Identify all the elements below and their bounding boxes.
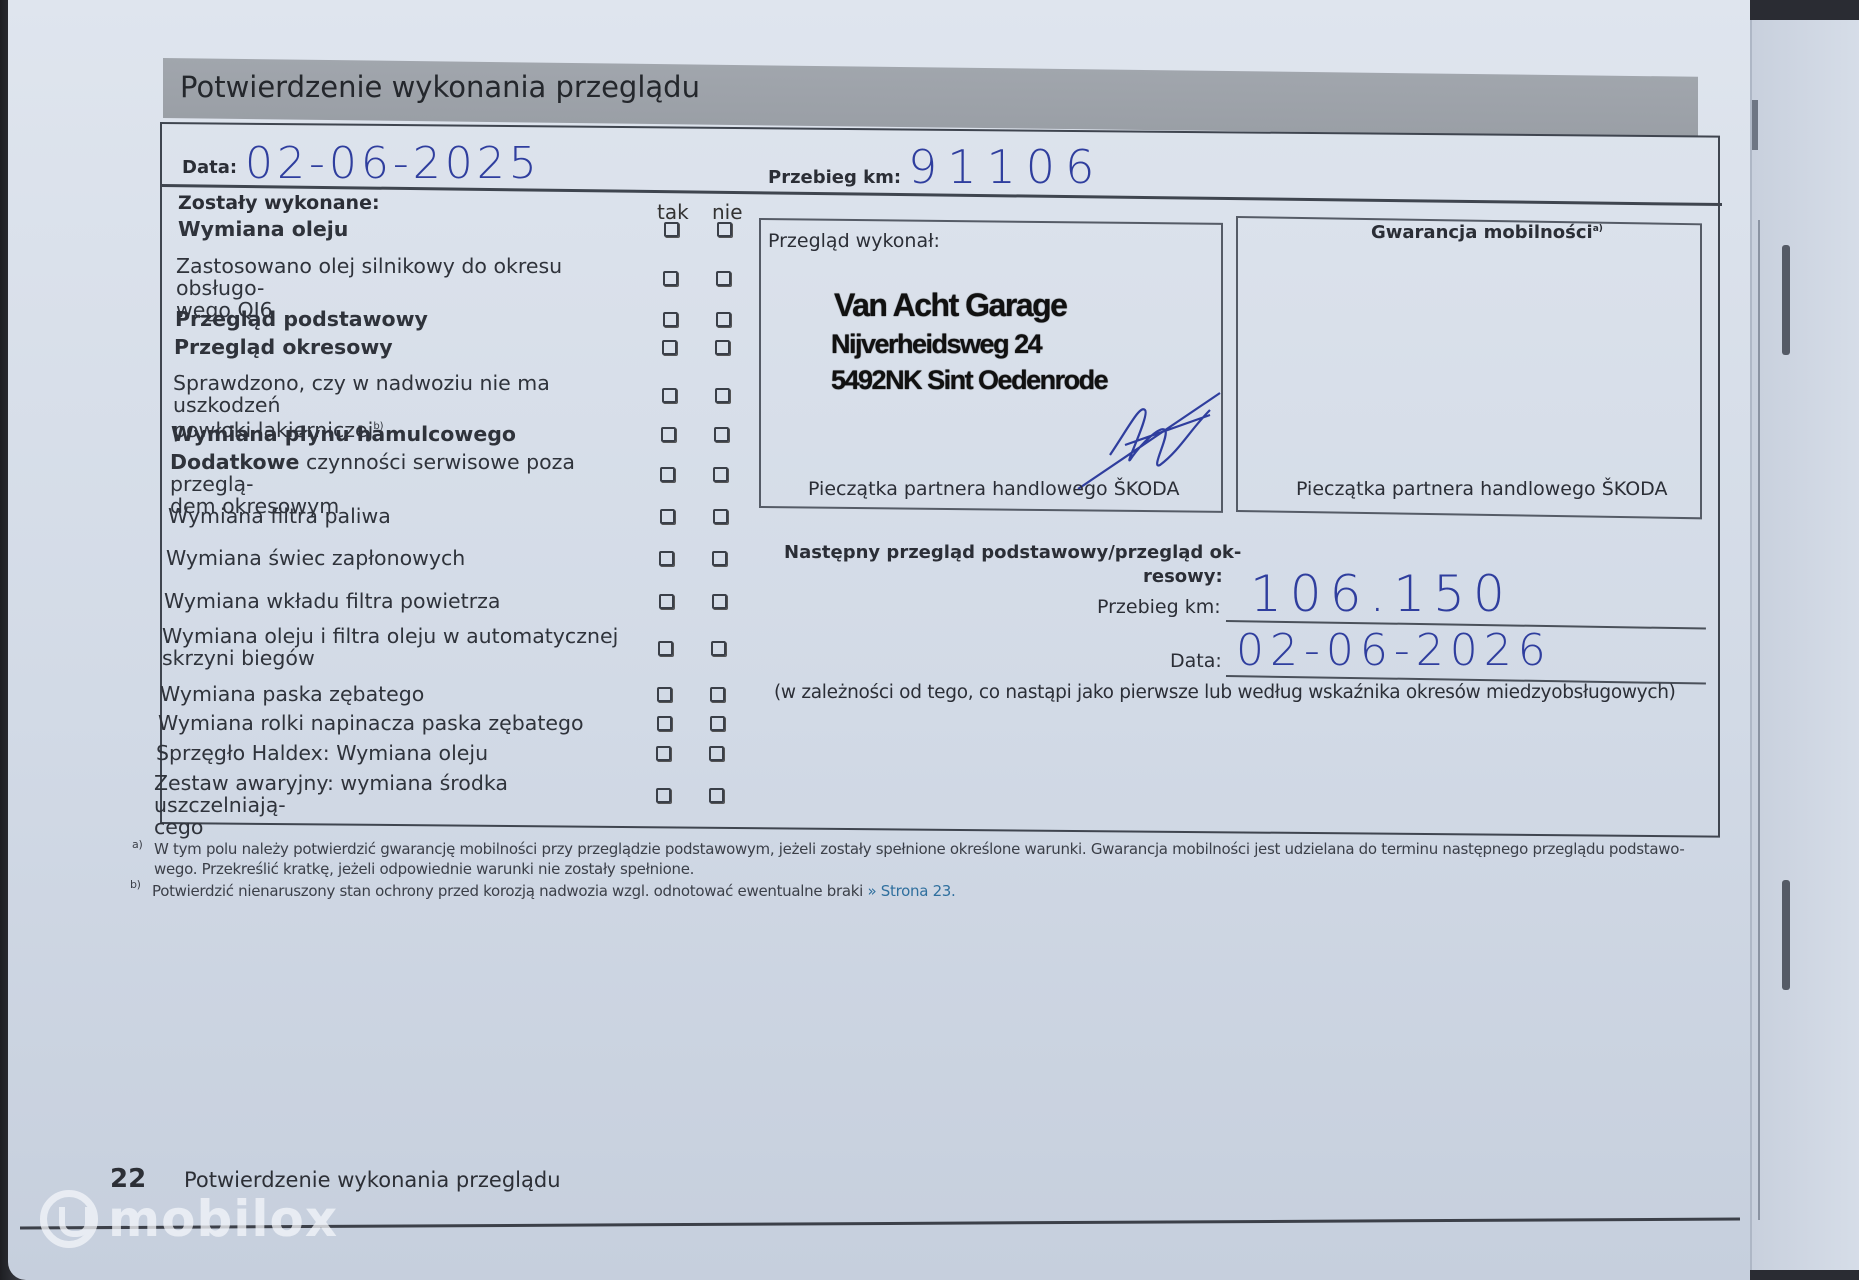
checkbox-no[interactable] [710,687,725,702]
checkbox-yes[interactable] [658,641,673,656]
footnote-b-marker: b) [130,878,141,891]
checkbox-no[interactable] [712,594,727,609]
checklist-item: Wymiana paska zębatego [160,683,620,705]
watermark: mobilox [40,1190,338,1248]
mobility-guarantee-box [1236,216,1702,519]
next-service-note: (w zależności od tego, co nastąpi jako p… [774,682,1676,703]
next-mileage-value[interactable]: 106.150 [1250,565,1513,623]
next-page-edge [1750,20,1859,1270]
next-date-label: Data: [1170,650,1222,672]
checklist-item: Zestaw awaryjny: wymiana środka uszczeln… [154,772,614,838]
checkbox-no[interactable] [713,509,728,524]
checklist-item: Wymiana oleju i filtra oleju w automatyc… [162,625,622,669]
checkbox-yes[interactable] [657,687,672,702]
checkbox-no[interactable] [715,340,730,355]
checkbox-no[interactable] [714,427,729,442]
checkbox-no[interactable] [713,467,728,482]
checklist-item: Przegląd podstawowy [175,308,635,330]
column-yes: tak [657,200,689,224]
checkbox-yes[interactable] [661,427,676,442]
checklist-item: Wymiana wkładu filtra powietrza [164,590,624,612]
checkbox-no[interactable] [716,312,731,327]
checkbox-yes[interactable] [664,222,679,237]
checkbox-no[interactable] [715,388,730,403]
performed-by-label: Przegląd wykonał: [768,230,940,252]
page-title: Potwierdzenie wykonania przeglądu [180,70,700,104]
checkbox-no[interactable] [711,641,726,656]
checklist-item: Wymiana świec zapłonowych [166,547,626,569]
checkbox-no[interactable] [716,271,731,286]
performed-by-caption: Pieczątka partnera handlowego ŠKODA [808,478,1179,500]
watermark-text: mobilox [108,1190,338,1248]
column-no: nie [712,200,743,224]
service-mileage-label: Przebieg km: [768,167,901,188]
checklist-item: Sprzęgło Haldex: Wymiana oleju [156,742,616,764]
binding-clip [1782,880,1790,990]
next-date-value[interactable]: 02-06-2026 [1236,625,1552,676]
checkbox-yes[interactable] [659,594,674,609]
checklist-item: Wymiana rolki napinacza paska zębatego [158,712,618,734]
checklist-item: Wymiana filtra paliwa [168,505,628,527]
binding-clip [1782,245,1790,355]
service-date-label: Data: [182,157,237,178]
service-date-value[interactable]: 02-06-2025 [245,138,541,189]
next-service-heading-cont: resowy: [1143,566,1223,587]
checkbox-no[interactable] [709,788,724,803]
stamp-line-name: Van Acht Garage [834,287,1066,324]
checkbox-yes[interactable] [656,746,671,761]
footnote-a-marker: a) [132,838,142,851]
checkbox-yes[interactable] [656,788,671,803]
service-mileage-value[interactable]: 91106 [908,140,1104,194]
checkbox-no[interactable] [710,716,725,731]
stamp-line-street: Nijverheidsweg 24 [831,329,1041,360]
checklist-item: Wymiana oleju [178,218,638,240]
checklist-item: Przegląd okresowy [174,336,634,358]
mobility-guarantee-title: Gwarancja mobilnościa) [1371,222,1603,243]
checklist-heading: Zostały wykonane: [178,192,380,214]
footnote-a-line1: W tym polu należy potwierdzić gwarancję … [154,840,1684,858]
checkbox-yes[interactable] [663,312,678,327]
footnote-a-line2: wego. Przekreślić kratkę, jeżeli odpowie… [154,860,694,878]
checkbox-yes[interactable] [662,340,677,355]
next-mileage-label: Przebieg km: [1097,596,1221,618]
stamp-line-city: 5492NK Sint Oedenrode [831,365,1107,396]
checkbox-yes[interactable] [662,388,677,403]
mobilox-logo-icon [40,1190,98,1248]
checkbox-yes[interactable] [657,716,672,731]
footnote-b: Potwierdzić nienaruszony stan ochrony pr… [152,882,956,900]
checkbox-no[interactable] [712,551,727,566]
footer-title: Potwierdzenie wykonania przeglądu [184,1168,561,1192]
checklist-item: Wymiana płynu hamulcowego [171,423,631,445]
checkbox-yes[interactable] [660,467,675,482]
checkbox-no[interactable] [717,222,732,237]
next-service-heading: Następny przegląd podstawowy/przegląd ok… [784,542,1241,563]
mobility-guarantee-caption: Pieczątka partnera handlowego ŠKODA [1296,478,1667,500]
checkbox-no[interactable] [709,746,724,761]
checkbox-yes[interactable] [659,551,674,566]
checkbox-yes[interactable] [660,509,675,524]
page-link[interactable]: » Strona 23. [867,882,955,900]
checkbox-yes[interactable] [663,271,678,286]
